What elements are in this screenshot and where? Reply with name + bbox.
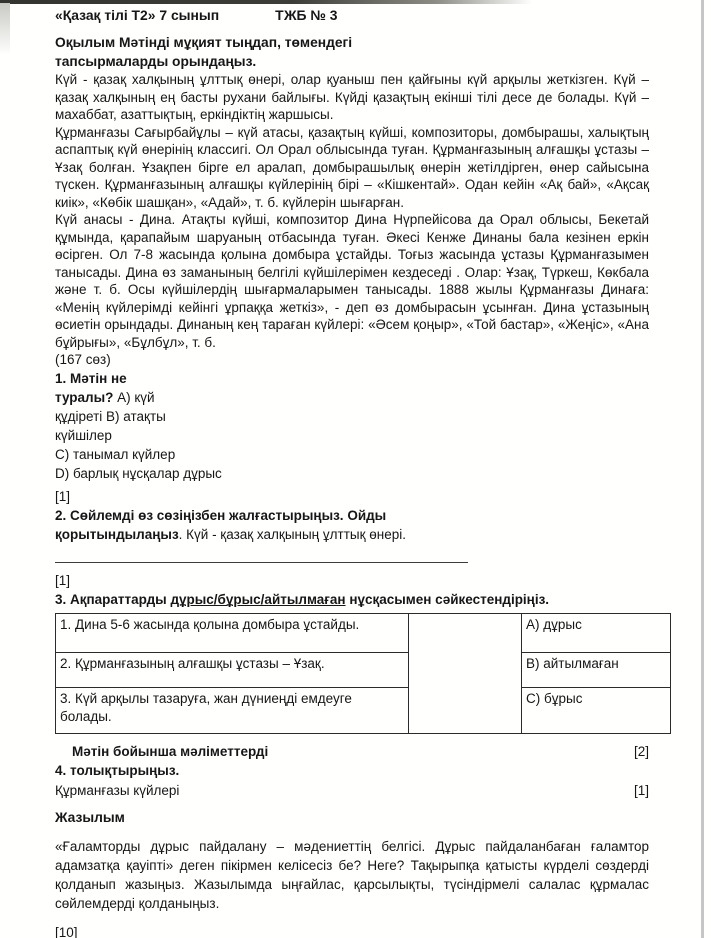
question-1-stem: туралы? — [55, 390, 113, 405]
statement-3-cell: 3. Күй арқылы тазаруға, жан дүниеңді емд… — [56, 688, 409, 734]
option-durys-cell: А) дұрыс — [522, 614, 671, 653]
scan-edge-top — [0, 0, 532, 4]
question-3-underlined: дұрыс/бұрыс/айтылмаған — [170, 592, 345, 607]
question-1-line2: туралы? А) күй — [55, 388, 649, 407]
option-b-cont: күйшілер — [55, 426, 649, 445]
document-page: «Қазақ тілі Т2» 7 сыныпТЖБ № 3 Оқылым Мә… — [0, 0, 711, 938]
question-4-item-row: Құрманғазы күйлері [1] — [55, 781, 649, 800]
option-c: С) танымал күйлер — [55, 445, 649, 464]
mark-writing: [10] — [55, 923, 649, 938]
mark-q1: [1] — [55, 487, 649, 506]
question-2-line2: қорытындылаңыз. Күй - қазақ халқының ұлт… — [55, 525, 649, 544]
document-header: «Қазақ тілі Т2» 7 сыныпТЖБ № 3 — [55, 6, 649, 25]
passage-paragraph-3: Күй анасы - Дина. Атақты күйші, композит… — [55, 211, 649, 351]
mark-q2: [1] — [55, 571, 649, 590]
option-burys-cell: С) бұрыс — [522, 688, 671, 734]
word-count: (167 сөз) — [55, 351, 649, 369]
option-b: құдіреті В) атақты — [55, 407, 649, 426]
passage-paragraph-1: Күй - қазақ халқының ұлттық өнері, олар … — [55, 71, 649, 124]
option-aitylmagan-cell: В) айтылмаған — [522, 653, 671, 688]
scan-edge-left — [0, 3, 10, 55]
reading-task-heading-line2: тапсырмаларды орындаңыз. — [55, 52, 649, 71]
answer-blank-line — [55, 550, 468, 563]
reading-task-heading: Оқылым Мәтінді мұқият тыңдап, төмендегі … — [55, 33, 649, 71]
scan-edge-right — [701, 0, 704, 938]
question-2-sentence: . Күй - қазақ халқының ұлттық өнері. — [179, 527, 406, 542]
test-number: ТЖБ № 3 — [275, 7, 337, 23]
question-4-number-line: 4. толықтырыңыз. — [55, 761, 649, 781]
question-4-intro: Мәтін бойынша мәліметтерді — [55, 742, 268, 761]
course-title: «Қазақ тілі Т2» 7 сынып — [55, 7, 219, 23]
passage-paragraph-2: Құрманғазы Сағырбайұлы – күй атасы, қаза… — [55, 124, 649, 212]
question-3-prefix: 3. Ақпараттарды — [55, 592, 170, 607]
question-1-number: 1. Мәтін не — [55, 371, 127, 386]
statement-1-cell: 1. Дина 5-6 жасында қолына домбыра ұстай… — [56, 614, 409, 653]
statement-2-cell: 2. Құрманғазының алғашқы ұстазы – Ұзақ. — [56, 653, 409, 688]
question-2-bold: қорытындылаңыз — [55, 527, 179, 542]
reading-task-heading-line1: Оқылым Мәтінді мұқият тыңдап, төмендегі — [55, 33, 649, 52]
document-content: «Қазақ тілі Т2» 7 сыныпТЖБ № 3 Оқылым Мә… — [55, 6, 649, 938]
option-a: А) күй — [113, 390, 154, 405]
writing-prompt: «Ғаламторды дұрыс пайдалану – мәдениетті… — [55, 837, 649, 913]
question-1: 1. Мәтін не туралы? А) күй құдіреті В) а… — [55, 369, 649, 483]
matching-table: 1. Дина 5-6 жасында қолына домбыра ұстай… — [55, 613, 671, 734]
question-2: 2. Сөйлемді өз сөзіңізбен жалғастырыңыз.… — [55, 506, 649, 544]
question-1-line1: 1. Мәтін не — [55, 369, 649, 388]
reading-passage: Күй - қазақ халқының ұлттық өнері, олар … — [55, 71, 649, 351]
question-4-intro-row: Мәтін бойынша мәліметтерді [2] — [55, 742, 649, 761]
mark-q4: [1] — [634, 781, 649, 800]
question-4-item: Құрманғазы күйлері — [55, 781, 179, 800]
question-3-suffix: нұсқасымен сәйкестендіріңіз. — [346, 592, 550, 607]
table-row: 3. Күй арқылы тазаруға, жан дүниеңді емд… — [56, 688, 671, 734]
table-row: 1. Дина 5-6 жасында қолына домбыра ұстай… — [56, 614, 671, 653]
question-2-line1: 2. Сөйлемді өз сөзіңізбен жалғастырыңыз.… — [55, 506, 649, 525]
mark-q3: [2] — [634, 742, 649, 761]
table-row: 2. Құрманғазының алғашқы ұстазы – Ұзақ. … — [56, 653, 671, 688]
writing-section-heading: Жазылым — [55, 808, 649, 827]
answer-write-in-cell — [409, 614, 522, 734]
question-3-heading: 3. Ақпараттарды дұрыс/бұрыс/айтылмаған н… — [55, 590, 649, 609]
option-d: D) барлық нұсқалар дұрыс — [55, 464, 649, 483]
